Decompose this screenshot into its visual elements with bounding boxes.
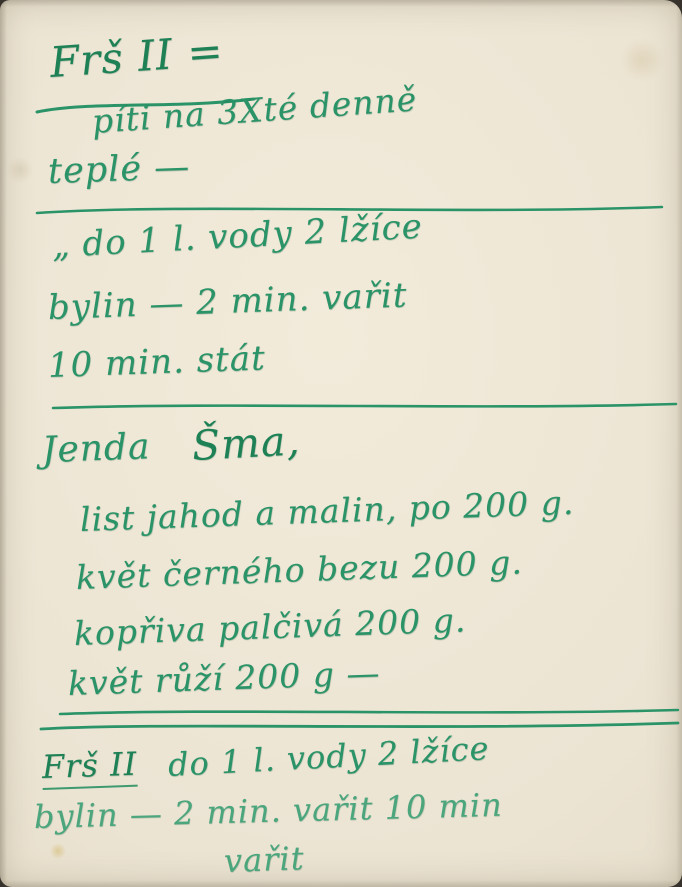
ink-divider-3-double [38,704,682,736]
ink-divider-2 [50,398,680,414]
mixture-author-first: Jenda [41,426,151,471]
footer-label: Frš II [41,745,138,790]
brew-step-line-3: 10 min. stát [47,338,266,386]
mixture-author-last: Šma, [191,416,302,470]
temperature-line: teplé — [47,147,191,192]
footer-step-line-3: vařit [223,839,305,880]
